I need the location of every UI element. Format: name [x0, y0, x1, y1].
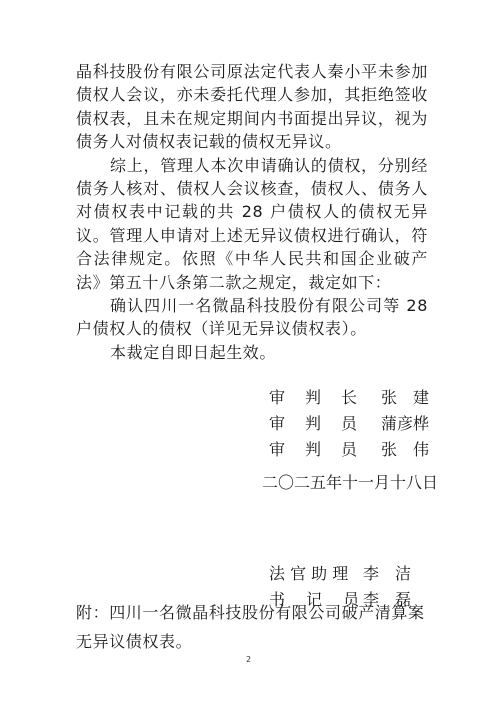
paragraph-conclusion: 综上，管理人本次申请确认的债权，分别经债务人核对、债权人会议核查，债权人、债务人…	[76, 154, 428, 294]
annex-text: 附：四川一名微晶科技股份有限公司破产清算案无异议债权表。	[76, 598, 428, 656]
sig-char: 审	[269, 439, 305, 461]
annex-note: 附：四川一名微晶科技股份有限公司破产清算案无异议债权表。	[76, 598, 428, 656]
sig-char: 判	[305, 439, 341, 461]
ruling-body: 晶科技股份有限公司原法定代表人秦小平未参加债权人会议，亦未委托代理人参加，其拒绝…	[76, 60, 428, 364]
ruling-date: 二〇二五年十一月十八日	[262, 472, 438, 494]
paragraph-objection: 晶科技股份有限公司原法定代表人秦小平未参加债权人会议，亦未委托代理人参加，其拒绝…	[76, 60, 428, 154]
paragraph-ruling: 确认四川一名微晶科技股份有限公司等 28 户债权人的债权（详见无异议债权表）。	[76, 294, 428, 341]
sig-char: 员	[341, 439, 381, 461]
page-number: 2	[246, 655, 251, 664]
document-page: 晶科技股份有限公司原法定代表人秦小平未参加债权人会议，亦未委托代理人参加，其拒绝…	[0, 0, 500, 707]
judge-name: 张 伟	[381, 439, 429, 461]
